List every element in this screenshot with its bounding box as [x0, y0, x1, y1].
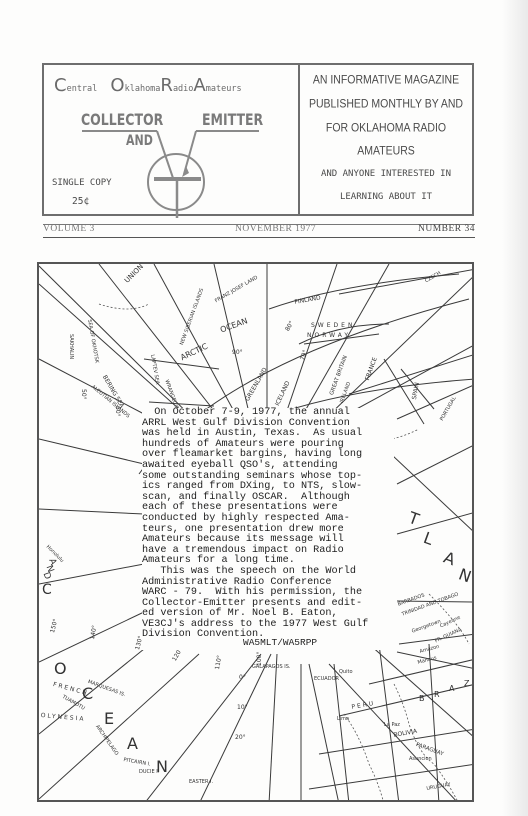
- map-label-brazil-r: R: [434, 690, 440, 699]
- degree-label: 90°: [232, 349, 243, 356]
- map-letter: C: [42, 582, 52, 598]
- pacific-letter: N: [156, 757, 168, 776]
- masthead-right-box: AN INFORMATIVE MAGAZINE PUBLISHED MONTHL…: [300, 63, 474, 216]
- degree-label: 10°: [237, 704, 248, 711]
- degree-label: 100°: [256, 652, 263, 666]
- degree-label: 60°: [114, 406, 121, 417]
- map-label-quito: Quito: [339, 669, 353, 675]
- tagline-line: FOR OKLAHOMA RADIO: [300, 121, 472, 135]
- map-label-brazil-a: A: [449, 684, 454, 693]
- title-and: AND: [126, 132, 153, 148]
- pacific-letter: E: [104, 709, 114, 728]
- masthead-left-box: Central OklahomaRadioAmateurs COLLECTOR …: [42, 63, 300, 216]
- map-label-brazil-b: B: [419, 694, 425, 703]
- issue-date: NOVEMBER 1977: [235, 224, 316, 234]
- issue-number: NUMBER 34: [418, 224, 475, 234]
- pacific-letter: O: [54, 659, 67, 678]
- map-label-brazil-z: Z: [464, 679, 469, 688]
- price: 25¢: [72, 196, 89, 207]
- map-label-ecuador: ECUADOR: [314, 676, 339, 682]
- degree-label: 20°: [235, 734, 246, 741]
- single-copy-label: SINGLE COPY: [52, 178, 112, 188]
- author-callsigns: WA5MLT/WA5RPP: [243, 637, 317, 648]
- map-label-sakhalin: SAKHALIN: [68, 334, 74, 359]
- article-line: On October 7-9, 1977, the annual: [142, 408, 394, 419]
- tagline-line: AND ANYONE INTERESTED IN: [300, 169, 472, 179]
- map-label-sweden: SWEDEN: [311, 322, 355, 329]
- map-label-norway: NORWAY: [307, 332, 351, 339]
- title-emitter: EMITTER: [202, 110, 263, 129]
- article-line: conducted by highly respected Ama-: [142, 514, 394, 525]
- title-collector: COLLECTOR: [81, 110, 163, 129]
- map-label-easter: EASTER I.: [189, 779, 213, 785]
- map-label-la-paz: La Paz: [384, 722, 400, 728]
- tagline-line: AN INFORMATIVE MAGAZINE: [300, 73, 472, 87]
- page-edge-shadow: [502, 0, 528, 816]
- pacific-letter: C: [82, 684, 93, 703]
- tagline-line: PUBLISHED MONTHLY BY AND: [300, 97, 472, 111]
- article-line: This was the speech on the World: [142, 567, 394, 578]
- tagline-line: LEARNING ABOUT IT: [300, 192, 472, 202]
- map-label-asuncion: Asuncion: [409, 756, 432, 762]
- article-line: awaited eyeball QSO's, attending: [142, 461, 394, 472]
- degree-label: 0°: [239, 674, 246, 681]
- volume-label: VOLUME 3: [43, 224, 95, 234]
- degree-label: 50°: [80, 389, 87, 400]
- map-label-lima: Lima: [337, 716, 349, 722]
- pacific-letter: A: [127, 734, 138, 753]
- article-intro: On October 7-9, 1977, the annual ARRL We…: [142, 408, 394, 650]
- tagline-line: AMATEURS: [300, 144, 472, 158]
- issue-info-bar: VOLUME 3 NOVEMBER 1977 NUMBER 34: [43, 224, 475, 238]
